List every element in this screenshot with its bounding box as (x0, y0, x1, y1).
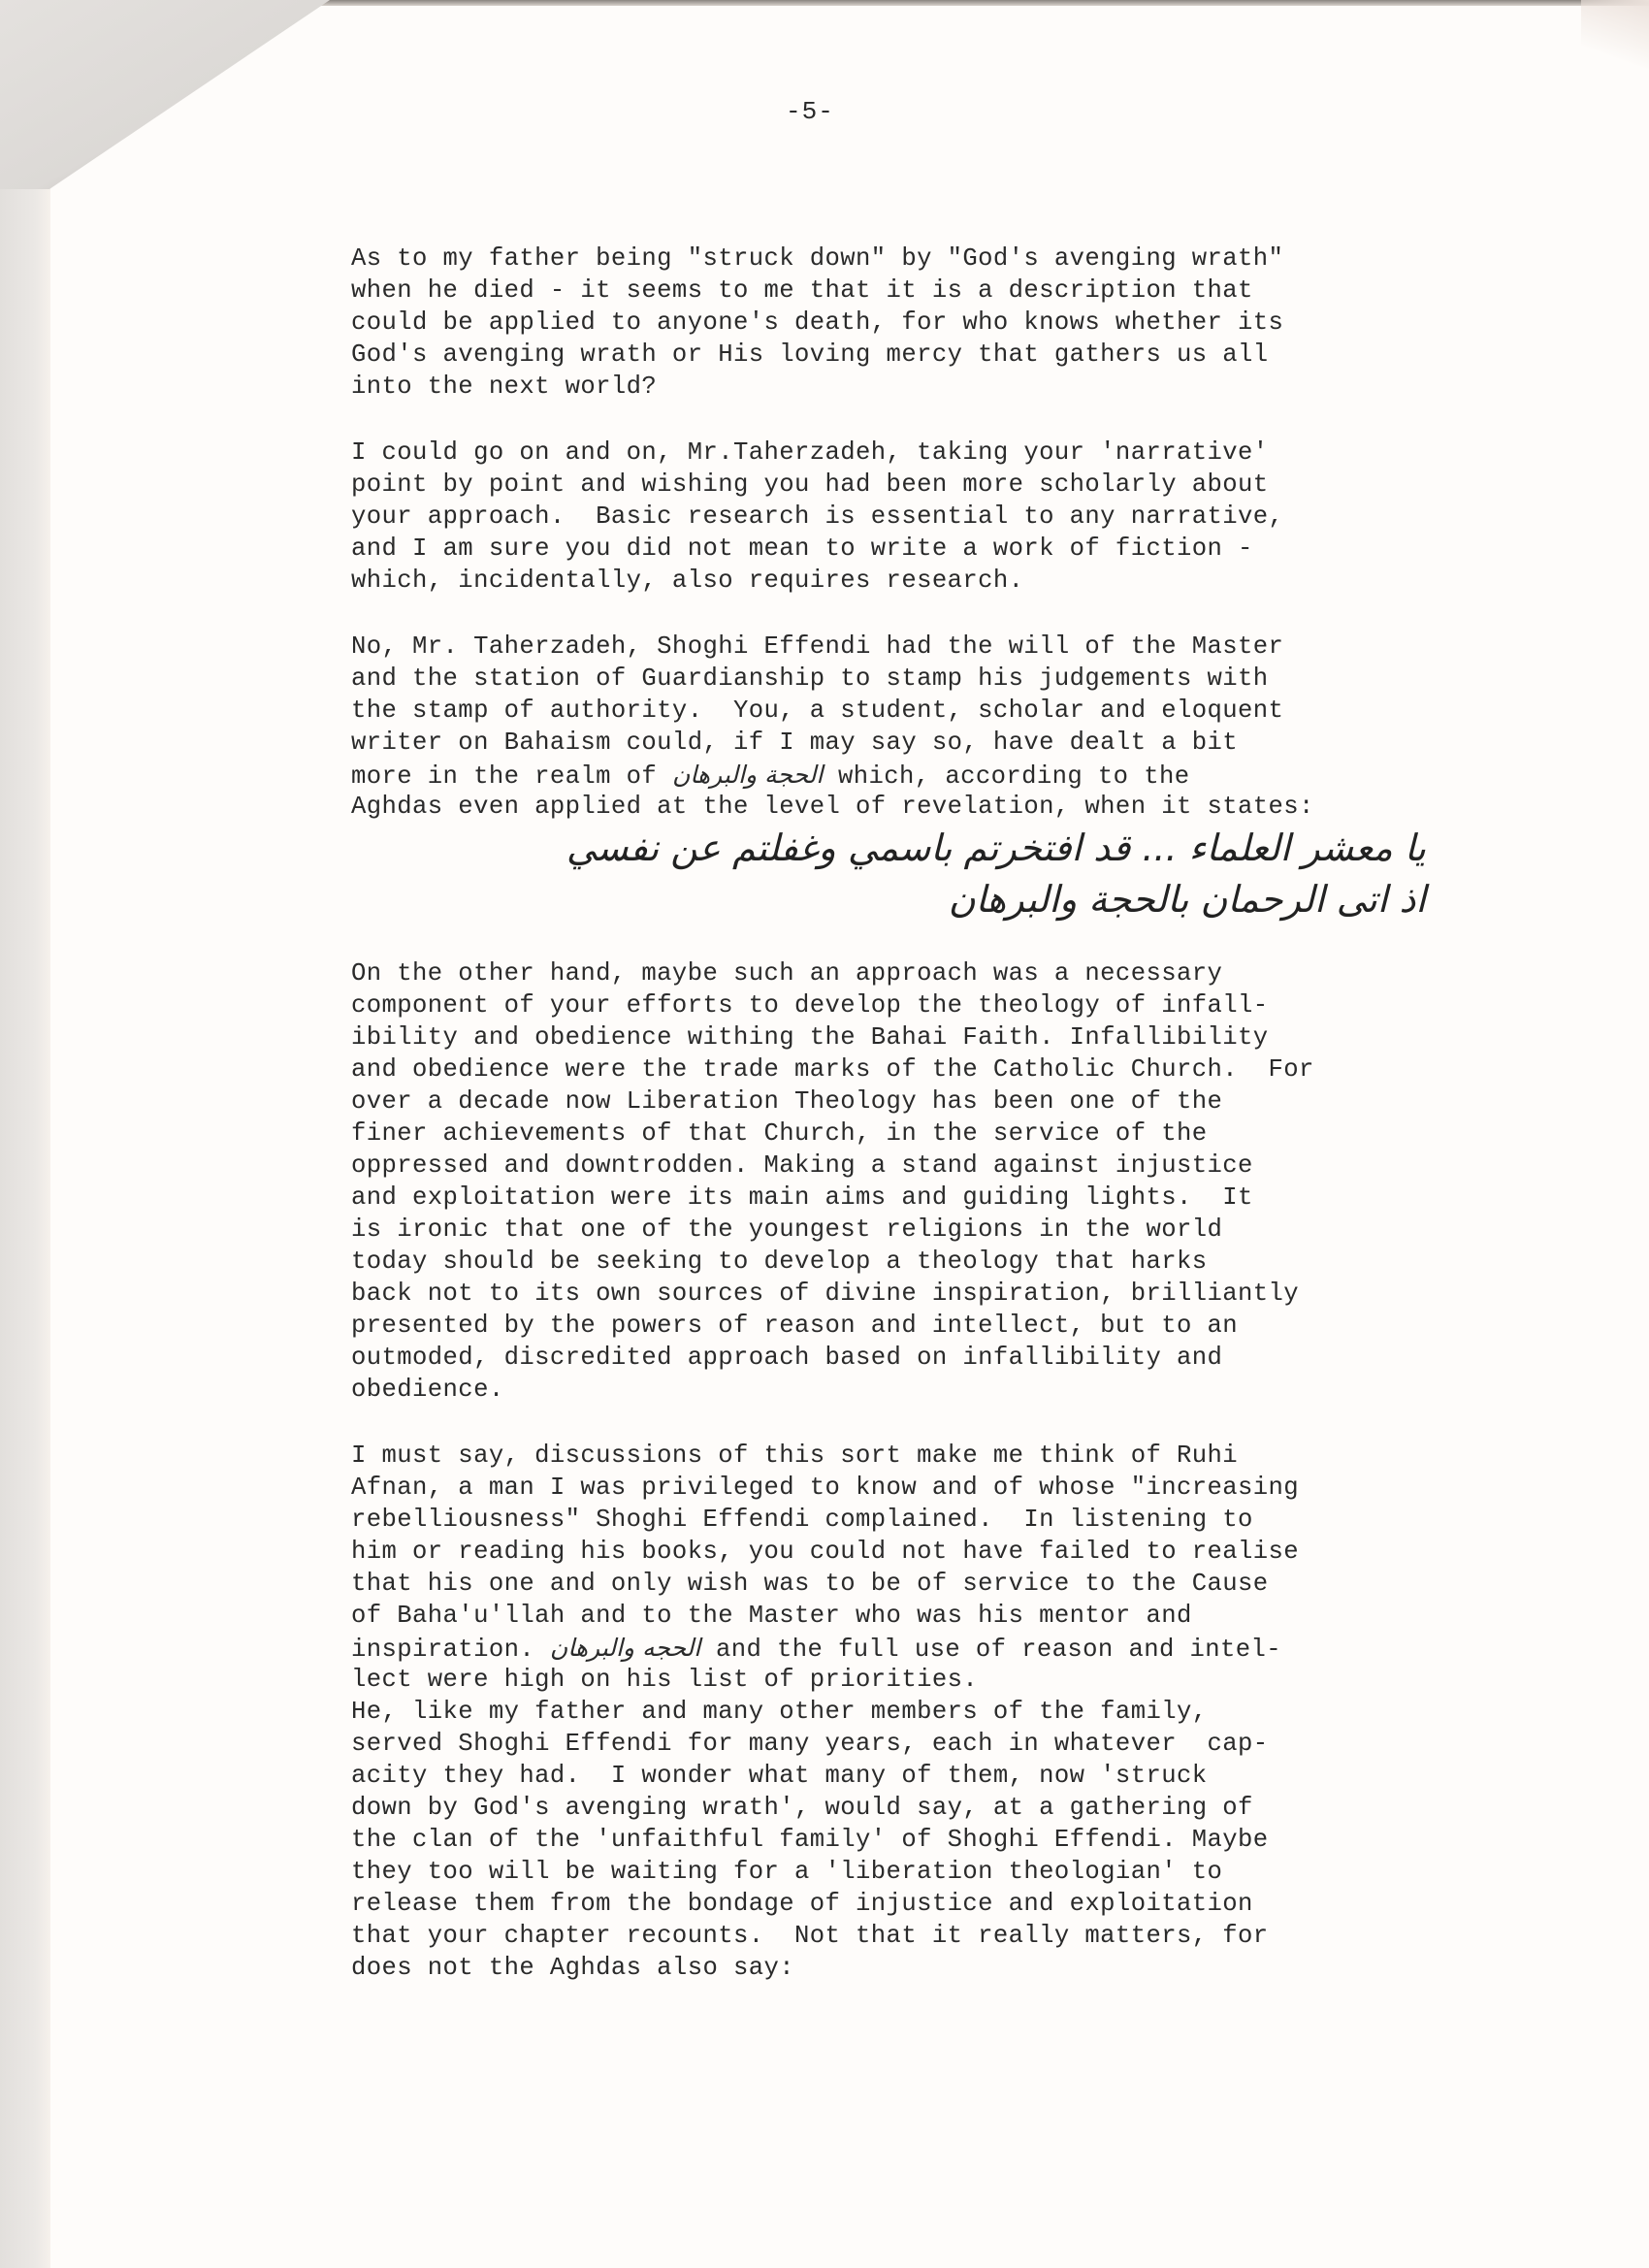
scan-corner-shadow (1581, 0, 1649, 78)
text-line: point by point and wishing you had been … (351, 472, 1269, 498)
text-line: served Shoghi Effendi for many years, ea… (351, 1732, 1269, 1757)
text-line: rebelliousness" Shoghi Effendi complaine… (351, 1507, 1253, 1533)
text-line: and I am sure you did not mean to write … (351, 536, 1253, 562)
text-line: finer achievements of that Church, in th… (351, 1121, 1208, 1147)
text-line: lect were high on his list of priorities… (351, 1668, 978, 1693)
text-line: outmoded, discredited approach based on … (351, 1345, 1222, 1371)
text-line: ibility and obedience withing the Bahai … (351, 1025, 1269, 1051)
text-line: writer on Bahaism could, if I may say so… (351, 730, 1238, 756)
text-segment: and the full use of reason and intel- (700, 1636, 1281, 1664)
text-line: down by God's avenging wrath', would say… (351, 1796, 1253, 1821)
text-segment: inspiration. (351, 1636, 550, 1664)
text-line: when he died - it seems to me that it is… (351, 278, 1253, 304)
text-line: more in the realm of الحجة والبرهان whic… (351, 762, 1189, 790)
text-line: your approach. Basic research is essenti… (351, 504, 1283, 530)
text-line: and the station of Guardianship to stamp… (351, 666, 1269, 692)
text-line: He, like my father and many other member… (351, 1700, 1208, 1725)
text-line: the clan of the 'unfaithful family' of S… (351, 1828, 1269, 1853)
text-line: today should be seeking to develop a the… (351, 1249, 1208, 1275)
text-line: of Baha'u'llah and to the Master who was… (351, 1604, 1192, 1629)
text-line: inspiration. الحجه والبرهان and the full… (351, 1636, 1281, 1663)
text-line: that his one and only wish was to be of … (351, 1571, 1269, 1597)
text-line: and obedience were the trade marks of th… (351, 1057, 1314, 1083)
text-line: I could go on and on, Mr.Taherzadeh, tak… (351, 440, 1269, 466)
text-line: him or reading his books, you could not … (351, 1539, 1299, 1565)
text-line: I must say, discussions of this sort mak… (351, 1443, 1238, 1469)
text-line: God's avenging wrath or His loving mercy… (351, 342, 1269, 368)
text-line: and exploitation were its main aims and … (351, 1185, 1253, 1211)
text-line: No, Mr. Taherzadeh, Shoghi Effendi had t… (351, 634, 1283, 660)
text-line: the stamp of authority. You, a student, … (351, 698, 1283, 724)
text-line: that your chapter recounts. Not that it … (351, 1924, 1269, 1949)
text-line: could be applied to anyone's death, for … (351, 310, 1283, 336)
text-line: into the next world? (351, 374, 657, 400)
text-line: oppressed and downtrodden. Making a stan… (351, 1153, 1253, 1179)
text-line: over a decade now Liberation Theology ha… (351, 1089, 1222, 1115)
handwritten-arabic-verse-line-1: يا معشر العلماء ... قد افتخرتم باسمي وغف… (566, 826, 1426, 869)
text-line: acity they had. I wonder what many of th… (351, 1764, 1208, 1789)
scan-left-margin (0, 184, 50, 2268)
text-segment: which, according to the (823, 762, 1189, 791)
text-line: back not to its own sources of divine in… (351, 1281, 1299, 1307)
handwritten-arabic-phrase: الحجة والبرهان (672, 762, 823, 787)
text-line: Afnan, a man I was privileged to know an… (351, 1475, 1299, 1501)
text-line: presented by the powers of reason and in… (351, 1313, 1238, 1339)
text-line: component of your efforts to develop the… (351, 993, 1269, 1019)
text-line: obedience. (351, 1377, 504, 1403)
page-number: -5- (786, 97, 834, 126)
text-line: On the other hand, maybe such an approac… (351, 961, 1222, 987)
text-line: does not the Aghdas also say: (351, 1956, 794, 1981)
text-line: is ironic that one of the youngest relig… (351, 1217, 1222, 1243)
text-line: which, incidentally, also requires resea… (351, 568, 1023, 594)
text-line: As to my father being "struck down" by "… (351, 246, 1283, 272)
folded-corner (0, 0, 330, 189)
text-segment: more in the realm of (351, 762, 672, 791)
handwritten-arabic-verse-line-2: اذ اتى الرحمان بالحجة والبرهان (949, 878, 1426, 921)
text-line: release them from the bondage of injusti… (351, 1892, 1253, 1917)
text-line: they too will be waiting for a 'liberati… (351, 1860, 1222, 1885)
text-line: Aghdas even applied at the level of reve… (351, 794, 1314, 820)
handwritten-arabic-phrase: الحجه والبرهان (550, 1636, 700, 1660)
